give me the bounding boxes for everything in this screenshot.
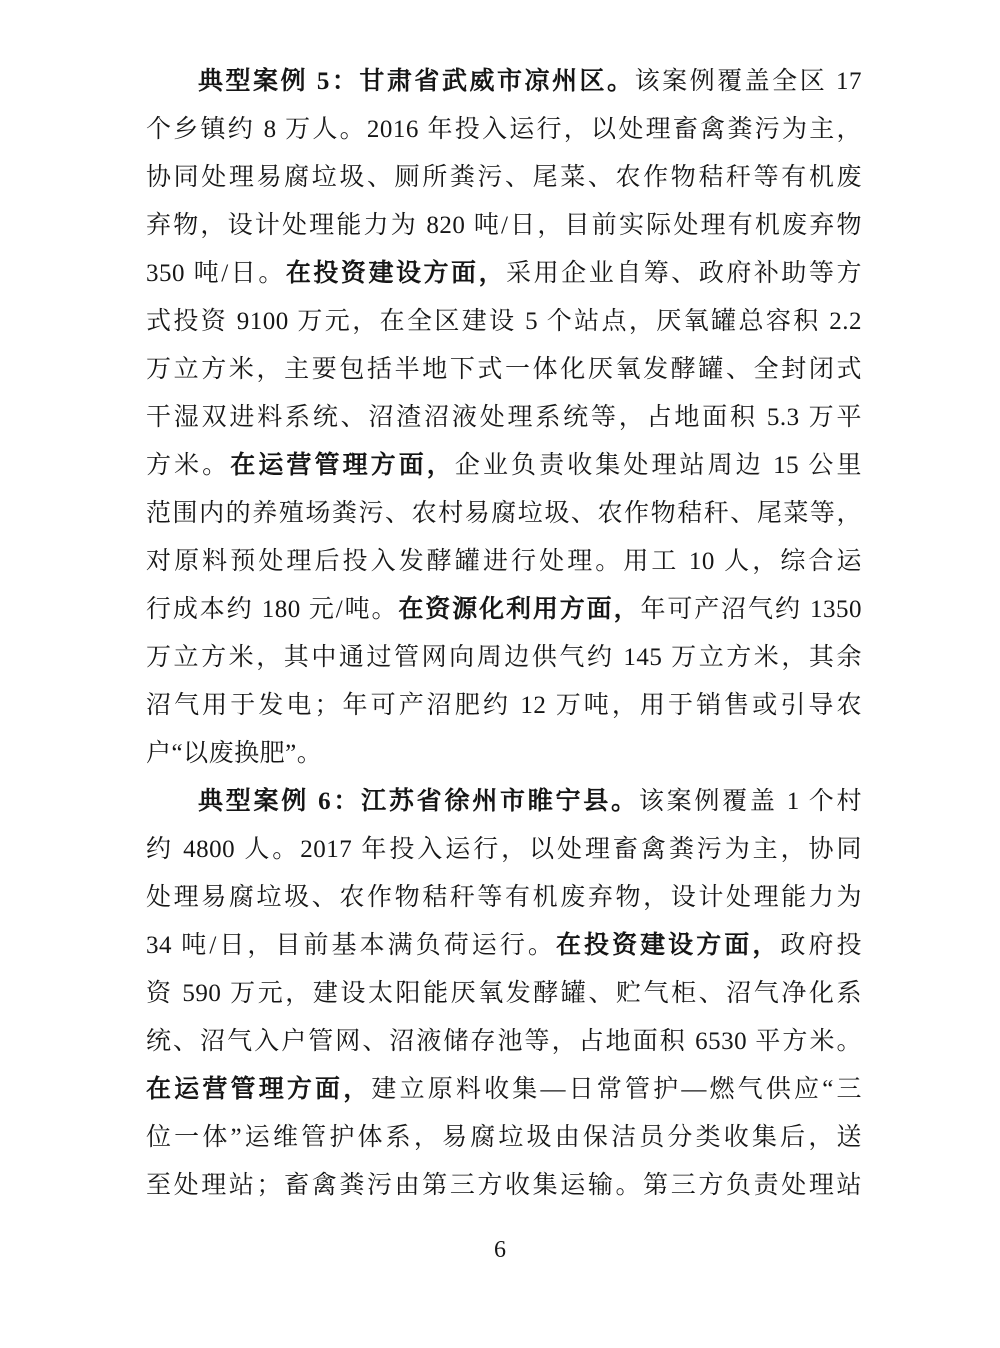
- text-segment: 对原料预处理后投入发酵罐进行处理。用工 10 人，综合运: [146, 548, 862, 575]
- text-segment: 34 吨/日，目前基本满负荷运行。: [146, 932, 556, 959]
- text-segment: 该案例覆盖全区 17: [635, 68, 862, 95]
- text-segment: 资 590 万元，建设太阳能厌氧发酵罐、贮气柜、沼气净化系: [146, 980, 862, 1007]
- bold-text-segment: 典型案例 5：甘肃省武威市凉州区。: [198, 68, 635, 95]
- text-segment: 行成本约 180 元/吨。: [146, 596, 398, 623]
- text-line: 在运营管理方面，建立原料收集—日常管护—燃气供应“三: [146, 1066, 862, 1114]
- text-line: 统、沼气入户管网、沼液储存池等，占地面积 6530 平方米。: [146, 1018, 862, 1066]
- bold-text-segment: 在投资建设方面，: [286, 260, 506, 287]
- text-segment: 建立原料收集—日常管护—燃气供应“三: [371, 1076, 862, 1103]
- text-segment: 弃物，设计处理能力为 820 吨/日，目前实际处理有机废弃物: [146, 212, 862, 239]
- text-segment: 万立方米，其中通过管网向周边供气约 145 万立方米，其余: [146, 644, 862, 671]
- text-segment: 约 4800 人。2017 年投入运行，以处理畜禽粪污为主，协同: [146, 836, 862, 863]
- text-line: 处理易腐垃圾、农作物秸秆等有机废弃物，设计处理能力为: [146, 874, 862, 922]
- text-segment: 干湿双进料系统、沼渣沼液处理系统等，占地面积 5.3 万平: [146, 404, 862, 431]
- text-segment: 万立方米，主要包括半地下式一体化厌氧发酵罐、全封闭式: [146, 356, 862, 383]
- text-line: 典型案例 6：江苏省徐州市睢宁县。该案例覆盖 1 个村: [146, 778, 862, 826]
- text-segment: 式投资 9100 万元，在全区建设 5 个站点，厌氧罐总容积 2.2: [146, 308, 862, 335]
- text-segment: 该案例覆盖 1 个村: [639, 788, 862, 815]
- bold-text-segment: 在资源化利用方面，: [398, 596, 640, 623]
- text-segment: 沼气用于发电；年可产沼肥约 12 万吨，用于销售或引导农: [146, 692, 862, 719]
- text-segment: 方米。: [146, 452, 230, 479]
- text-line: 协同处理易腐垃圾、厕所粪污、尾菜、农作物秸秆等有机废: [146, 154, 862, 202]
- bold-text-segment: 典型案例 6：江苏省徐州市睢宁县。: [198, 788, 639, 815]
- text-line: 万立方米，其中通过管网向周边供气约 145 万立方米，其余: [146, 634, 862, 682]
- text-line: 对原料预处理后投入发酵罐进行处理。用工 10 人，综合运: [146, 538, 862, 586]
- text-segment: 年可产沼气约 1350: [640, 596, 862, 623]
- text-line: 个乡镇约 8 万人。2016 年投入运行，以处理畜禽粪污为主，: [146, 106, 862, 154]
- document-body: 典型案例 5：甘肃省武威市凉州区。该案例覆盖全区 17个乡镇约 8 万人。201…: [146, 58, 862, 1210]
- text-line: 典型案例 5：甘肃省武威市凉州区。该案例覆盖全区 17: [146, 58, 862, 106]
- text-line: 350 吨/日。在投资建设方面，采用企业自筹、政府补助等方: [146, 250, 862, 298]
- text-segment: 350 吨/日。: [146, 260, 286, 287]
- text-segment: 统、沼气入户管网、沼液储存池等，占地面积 6530 平方米。: [146, 1028, 862, 1055]
- text-line: 干湿双进料系统、沼渣沼液处理系统等，占地面积 5.3 万平: [146, 394, 862, 442]
- bold-text-segment: 在投资建设方面，: [556, 932, 780, 959]
- text-segment: 户“以废换肥”。: [146, 740, 322, 767]
- text-line: 行成本约 180 元/吨。在资源化利用方面，年可产沼气约 1350: [146, 586, 862, 634]
- text-segment: 采用企业自筹、政府补助等方: [506, 260, 862, 287]
- text-segment: 范围内的养殖场粪污、农村易腐垃圾、农作物秸秆、尾菜等，: [146, 500, 862, 527]
- document-page: 典型案例 5：甘肃省武威市凉州区。该案例覆盖全区 17个乡镇约 8 万人。201…: [0, 0, 1000, 1348]
- text-line: 沼气用于发电；年可产沼肥约 12 万吨，用于销售或引导农: [146, 682, 862, 730]
- text-segment: 位一体”运维管护体系，易腐垃圾由保洁员分类收集后，送: [146, 1124, 862, 1151]
- page-number: 6: [0, 1234, 1000, 1266]
- text-line: 约 4800 人。2017 年投入运行，以处理畜禽粪污为主，协同: [146, 826, 862, 874]
- text-line: 弃物，设计处理能力为 820 吨/日，目前实际处理有机废弃物: [146, 202, 862, 250]
- text-segment: 政府投: [780, 932, 862, 959]
- bold-text-segment: 在运营管理方面，: [146, 1076, 371, 1103]
- text-segment: 处理易腐垃圾、农作物秸秆等有机废弃物，设计处理能力为: [146, 884, 862, 911]
- text-line: 范围内的养殖场粪污、农村易腐垃圾、农作物秸秆、尾菜等，: [146, 490, 862, 538]
- text-line: 方米。在运营管理方面，企业负责收集处理站周边 15 公里: [146, 442, 862, 490]
- text-segment: 至处理站；畜禽粪污由第三方收集运输。第三方负责处理站: [146, 1172, 862, 1199]
- text-line: 34 吨/日，目前基本满负荷运行。在投资建设方面，政府投: [146, 922, 862, 970]
- text-segment: 个乡镇约 8 万人。2016 年投入运行，以处理畜禽粪污为主，: [146, 116, 862, 143]
- text-line: 户“以废换肥”。: [146, 730, 862, 778]
- text-line: 万立方米，主要包括半地下式一体化厌氧发酵罐、全封闭式: [146, 346, 862, 394]
- text-segment: 协同处理易腐垃圾、厕所粪污、尾菜、农作物秸秆等有机废: [146, 164, 862, 191]
- text-line: 至处理站；畜禽粪污由第三方收集运输。第三方负责处理站: [146, 1162, 862, 1210]
- text-line: 资 590 万元，建设太阳能厌氧发酵罐、贮气柜、沼气净化系: [146, 970, 862, 1018]
- text-line: 式投资 9100 万元，在全区建设 5 个站点，厌氧罐总容积 2.2: [146, 298, 862, 346]
- text-line: 位一体”运维管护体系，易腐垃圾由保洁员分类收集后，送: [146, 1114, 862, 1162]
- bold-text-segment: 在运营管理方面，: [230, 452, 455, 479]
- text-segment: 企业负责收集处理站周边 15 公里: [455, 452, 862, 479]
